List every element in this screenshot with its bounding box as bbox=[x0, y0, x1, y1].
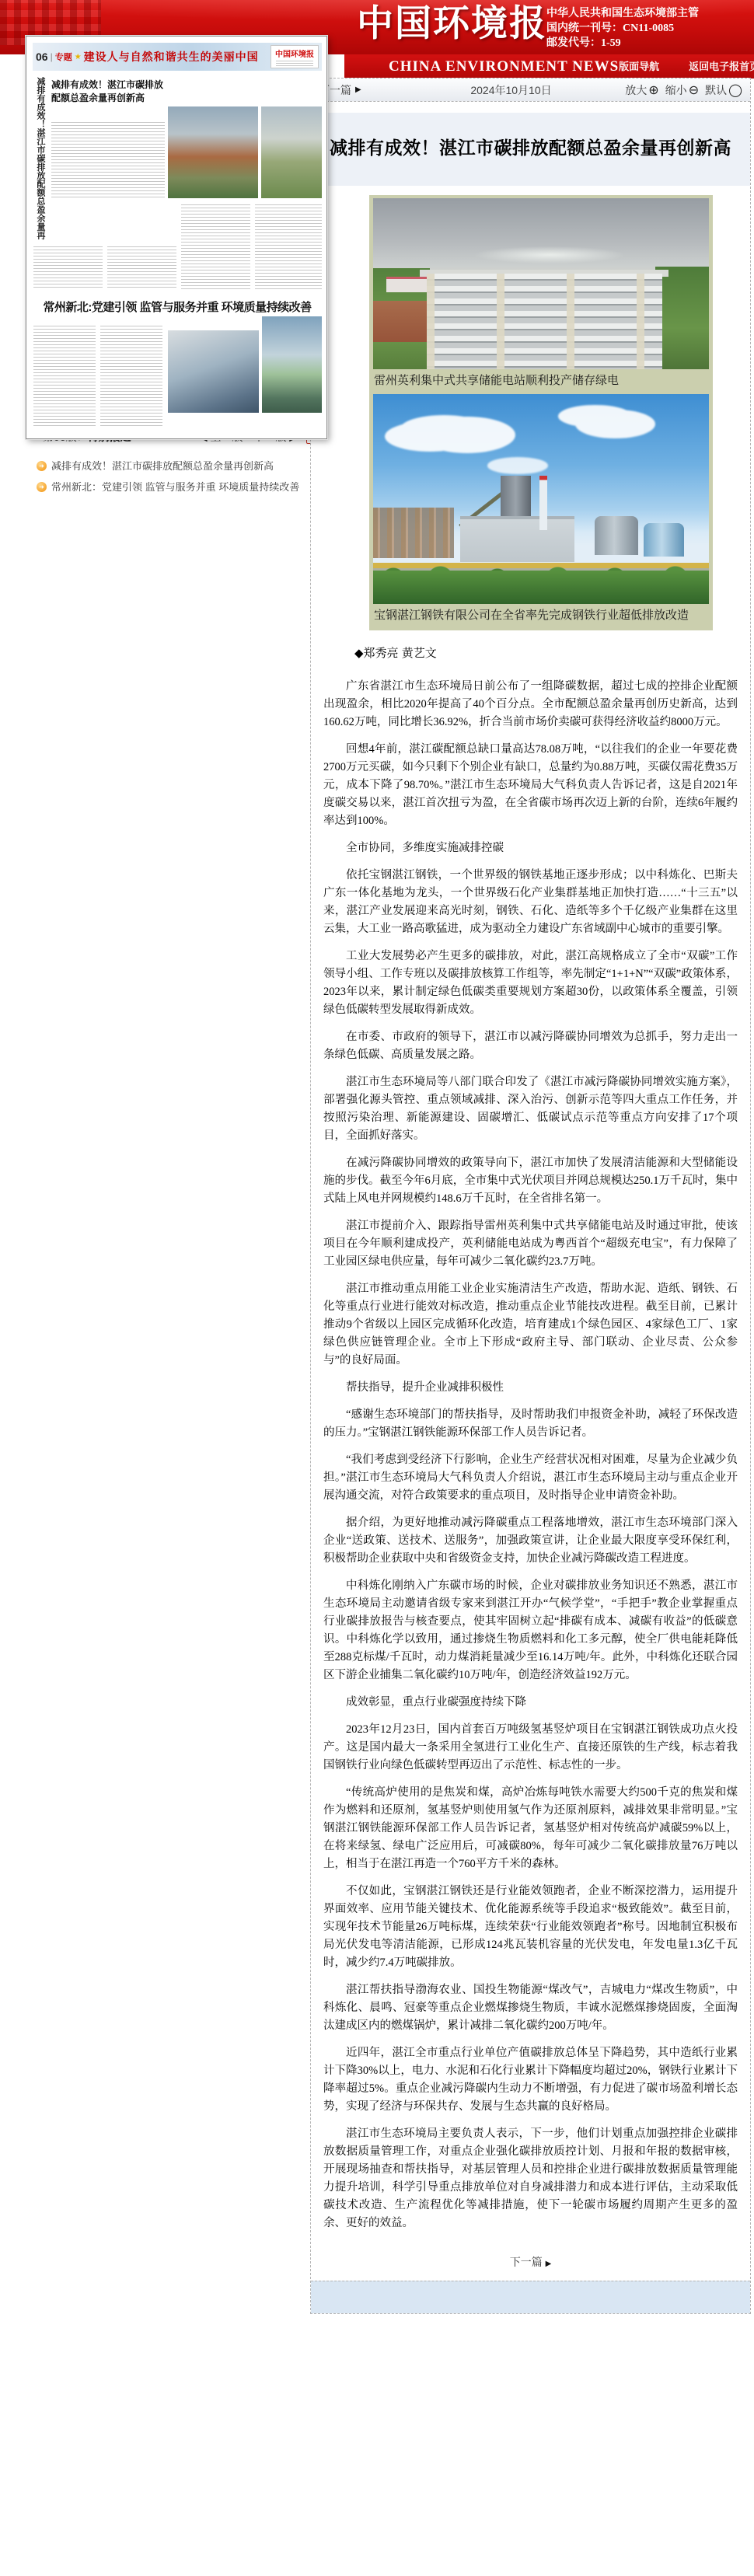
article-paragraph: 湛江市推动重点用能工业企业实施清洁生产改造，帮助水泥、造纸、钢铁、石化等重点行业… bbox=[323, 1280, 738, 1370]
text-lines-decoration bbox=[33, 326, 96, 428]
newspaper-title-english: CHINA ENVIRONMENT NEWS bbox=[389, 58, 619, 75]
building bbox=[386, 277, 430, 292]
article-paragraph: 工业大发展势必产生更多的碳排放，对此，湛江高规格成立了全市“双碳”工作领导小组、… bbox=[323, 948, 738, 1019]
masthead-info-line: 中华人民共和国生态环境部主管 bbox=[546, 6, 699, 21]
text-lines-decoration bbox=[51, 122, 165, 198]
zoom-default-button[interactable]: 默认 ◯ bbox=[705, 82, 742, 98]
article-paragraph: 湛江帮扶指导渤海农业、国投生物能源“煤改气”，吉城电力“煤改生物质”，中科炼化、… bbox=[323, 1981, 738, 2035]
photo-caption: 宝钢湛江钢铁有限公司在全省率先完成钢铁行业超低排放改造 bbox=[373, 604, 709, 629]
right-arrow-icon: ▶ bbox=[355, 86, 361, 94]
photo-caption: 雷州英利集中式共享储能电站顺利投产储存绿电 bbox=[373, 369, 709, 394]
text-lines-decoration bbox=[276, 61, 313, 67]
article-paragraph: 湛江市生态环境局等八部门联合印发了《湛江市减污降碳协同增效实施方案》，部署强化源… bbox=[323, 1073, 738, 1145]
article-body: 广东省湛江市生态环境局日前公布了一组降碳数据，超过七成的控排企业配额出现盈余，相… bbox=[311, 661, 750, 2232]
sidebar-article-link[interactable]: ➜ 减排有成效！湛江市碳排放配额总盈余量再创新高 bbox=[26, 456, 340, 476]
thumbnail-second-headline: 常州新北:党建引领 监管与服务并重 环境质量持续改善 bbox=[34, 298, 320, 315]
masthead-info-line: 国内统一刊号：CN11-0085 bbox=[546, 21, 699, 36]
article-paragraph: 中科炼化刚纳入广东碳市场的时候，企业对碳排放业务知识还不熟悉，湛江市生态环境局主… bbox=[323, 1577, 738, 1684]
article-paragraph: 回想4年前，湛江碳配额总缺口量高达78.08万吨，“以往我们的企业一年要花费27… bbox=[323, 741, 738, 830]
bullet-arrow-icon: ➜ bbox=[37, 482, 47, 492]
text-lines-decoration bbox=[100, 326, 162, 428]
thumbnail-edition-tag: 专题 bbox=[55, 51, 72, 63]
pipework bbox=[373, 508, 454, 559]
bullet-arrow-icon: ➜ bbox=[37, 461, 47, 471]
thumbnail-photo-steelplant bbox=[168, 106, 258, 198]
article-paragraph: 全市协同，多维度实施减排控碳 bbox=[323, 839, 738, 857]
zoom-in-button[interactable]: 放大 ⊕ bbox=[625, 82, 658, 98]
article-paragraph: 广东省湛江市生态环境局日前公布了一组降碳数据，超过七成的控排企业配额出现盈余，相… bbox=[323, 678, 738, 731]
article-title-block: 减排有成效！湛江市碳排放配额总盈余量再创新高 bbox=[311, 113, 750, 186]
text-lines-decoration bbox=[181, 204, 250, 289]
article-paragraph: “感谢生态环境部门的帮扶指导，及时帮助我们申报资金补助，减轻了环保改造的压力。”… bbox=[323, 1406, 738, 1442]
gas-holder bbox=[595, 516, 638, 555]
secondary-red-bar: CHINA ENVIRONMENT NEWS 版面导航 返回电子报首页 bbox=[344, 54, 754, 79]
article-paragraph: 成效彰显，重点行业碳强度持续下降 bbox=[323, 1694, 738, 1712]
article-panel: 下一篇 ▶ 2024年10月10日 放大 ⊕ 缩小 ⊖ 默认 ◯ 减 bbox=[310, 78, 751, 2314]
article-paragraph: 近四年，湛江全市重点行业单位产值碳排放总体呈下降趋势，其中造纸行业累计下降30%… bbox=[323, 2044, 738, 2116]
article-paragraph: 2023年12月23日，国内首套百万吨级氢基竖炉项目在宝钢湛江钢铁成功点火投产。… bbox=[323, 1721, 738, 1775]
newspaper-title: 中国环境报 bbox=[357, 1, 547, 47]
article-paragraph: 在市委、市政府的领导下，湛江市以减污降碳协同增效为总抓手，努力走出一条绿色低碳、… bbox=[323, 1028, 738, 1064]
sidebar-article-link[interactable]: ➜ 常州新北：党建引领 监管与服务并重 环境质量持续改善 bbox=[26, 476, 340, 497]
right-arrow-icon: ▶ bbox=[546, 2260, 552, 2268]
bottom-next-row: 下一篇 ▶ bbox=[311, 2242, 750, 2281]
article-title: 减排有成效！湛江市碳排放配额总盈余量再创新高 bbox=[319, 136, 742, 159]
thumbnail-photo-storage bbox=[261, 106, 322, 198]
article-toolbar: 下一篇 ▶ 2024年10月10日 放大 ⊕ 缩小 ⊖ 默认 ◯ bbox=[311, 79, 750, 102]
masthead-info: 中华人民共和国生态环境部主管 国内统一刊号：CN11-0085 邮发代号：1-5… bbox=[546, 6, 699, 51]
thumbnail-main-headline: 减排有成效！湛江市碳排放配额总盈余量再创新高 bbox=[51, 79, 166, 105]
mill-building bbox=[460, 516, 574, 562]
text-lines-decoration bbox=[107, 246, 176, 289]
next-article-button[interactable]: 下一篇 ▶ bbox=[319, 82, 435, 98]
zoom-out-icon: ⊖ bbox=[689, 82, 699, 98]
thumbnail-edition-number: 06 bbox=[36, 51, 48, 63]
cloud bbox=[558, 405, 632, 428]
thumbnail-vertical-headline: 减排有成效！湛江市碳排放配额总盈余量再创新高 bbox=[33, 77, 47, 240]
sidebar-article-title: 减排有成效！湛江市碳排放配额总盈余量再创新高 bbox=[51, 459, 274, 473]
back-home-link[interactable]: 返回电子报首页 bbox=[689, 54, 754, 79]
next-article-bottom-button[interactable]: 下一篇 ▶ bbox=[510, 2256, 552, 2268]
photo-steel-plant bbox=[373, 394, 709, 604]
article-paragraph: 湛江市生态环境局主要负责人表示，下一步，他们计划重点加强控排企业碳排放数据质量管… bbox=[323, 2125, 738, 2232]
text-lines-decoration bbox=[255, 204, 322, 289]
article-paragraph: 依托宝钢湛江钢铁，一个世界级的钢铁基地正逐步形成；以中科炼化、巴斯夫广东一体化基… bbox=[323, 867, 738, 938]
digital-newspaper-page: 中国环境报 中华人民共和国生态环境部主管 国内统一刊号：CN11-0085 邮发… bbox=[0, 0, 754, 2576]
thumbnail-mini-masthead: 中国环境报 bbox=[271, 45, 319, 68]
sky-highlight bbox=[474, 246, 625, 264]
article-photo-box: 雷州英利集中式共享储能电站顺利投产储存绿电 宝钢湛江钢铁有限 bbox=[369, 195, 713, 630]
article-paragraph: 不仅如此，宝钢湛江钢铁还是行业能效领跑者，企业不断深挖潜力，运用提升界面效率、应… bbox=[323, 1883, 738, 1972]
battery-container-rows bbox=[427, 274, 661, 369]
article-paragraph: 湛江市提前介入、跟踪指导雷州英利集中式共享储能电站及时通过审批，使该项目在今年顺… bbox=[323, 1217, 738, 1271]
article-byline: ◆郑秀亮 黄艺文 bbox=[311, 644, 750, 661]
article-paragraph: 据介绍，为更好地推动减污降碳重点工程落地增效，湛江市生态环境部门深入企业“送政策… bbox=[323, 1514, 738, 1568]
zoom-out-button[interactable]: 缩小 ⊖ bbox=[665, 82, 699, 98]
layout-nav-link[interactable]: 版面导航 bbox=[619, 54, 659, 79]
thumbnail-masthead: 06 | 专题 ★ 建设人与自然和谐共生的美丽中国 中国环境报 bbox=[33, 43, 322, 71]
article-paragraph: “传统高炉使用的是焦炭和煤，高炉冶炼每吨铁水需要大约500千克的焦炭和煤作为燃料… bbox=[323, 1784, 738, 1873]
issue-date: 2024年10月10日 bbox=[435, 82, 587, 98]
zoom-in-icon: ⊕ bbox=[648, 82, 658, 98]
trees bbox=[655, 267, 709, 369]
tree-band bbox=[373, 571, 709, 604]
star-icon: ★ bbox=[75, 53, 82, 61]
zoom-default-icon: ◯ bbox=[728, 82, 742, 98]
newspaper-thumbnail[interactable]: 06 | 专题 ★ 建设人与自然和谐共生的美丽中国 中国环境报 减排有成效！湛江… bbox=[26, 36, 327, 439]
text-lines-decoration bbox=[33, 246, 103, 289]
sidebar-article-title: 常州新北：党建引领 监管与服务并重 环境质量持续改善 bbox=[51, 480, 299, 494]
footer-band bbox=[311, 2281, 750, 2313]
masthead-info-line: 邮发代号：1-59 bbox=[546, 36, 699, 51]
thumbnail-photo-inspection bbox=[168, 330, 259, 413]
sidebar-article-list: ➜ 减排有成效！湛江市碳排放配额总盈余量再创新高 ➜ 常州新北：党建引领 监管与… bbox=[26, 456, 340, 497]
thumbnail-banner-headline: 建设人与自然和谐共生的美丽中国 bbox=[84, 49, 259, 65]
article-paragraph: 在减污降碳协同增效的政策导向下，湛江市加快了发展清洁能源和大型储能设施的步伐。截… bbox=[323, 1154, 738, 1208]
thumbnail-photo-classroom bbox=[262, 316, 322, 413]
article-paragraph: “我们考虑到受经济下行影响，企业生产经营状况相对困难，尽量为企业减少负担。”湛江… bbox=[323, 1451, 738, 1505]
photo-storage-station bbox=[373, 198, 709, 369]
gas-holder bbox=[644, 523, 684, 557]
cloud bbox=[400, 415, 487, 442]
chimney bbox=[539, 476, 547, 530]
article-paragraph: 帮扶指导，提升企业减排积极性 bbox=[323, 1379, 738, 1397]
plant-structures bbox=[373, 474, 709, 562]
divider: | bbox=[51, 51, 53, 62]
cloud bbox=[487, 457, 548, 474]
